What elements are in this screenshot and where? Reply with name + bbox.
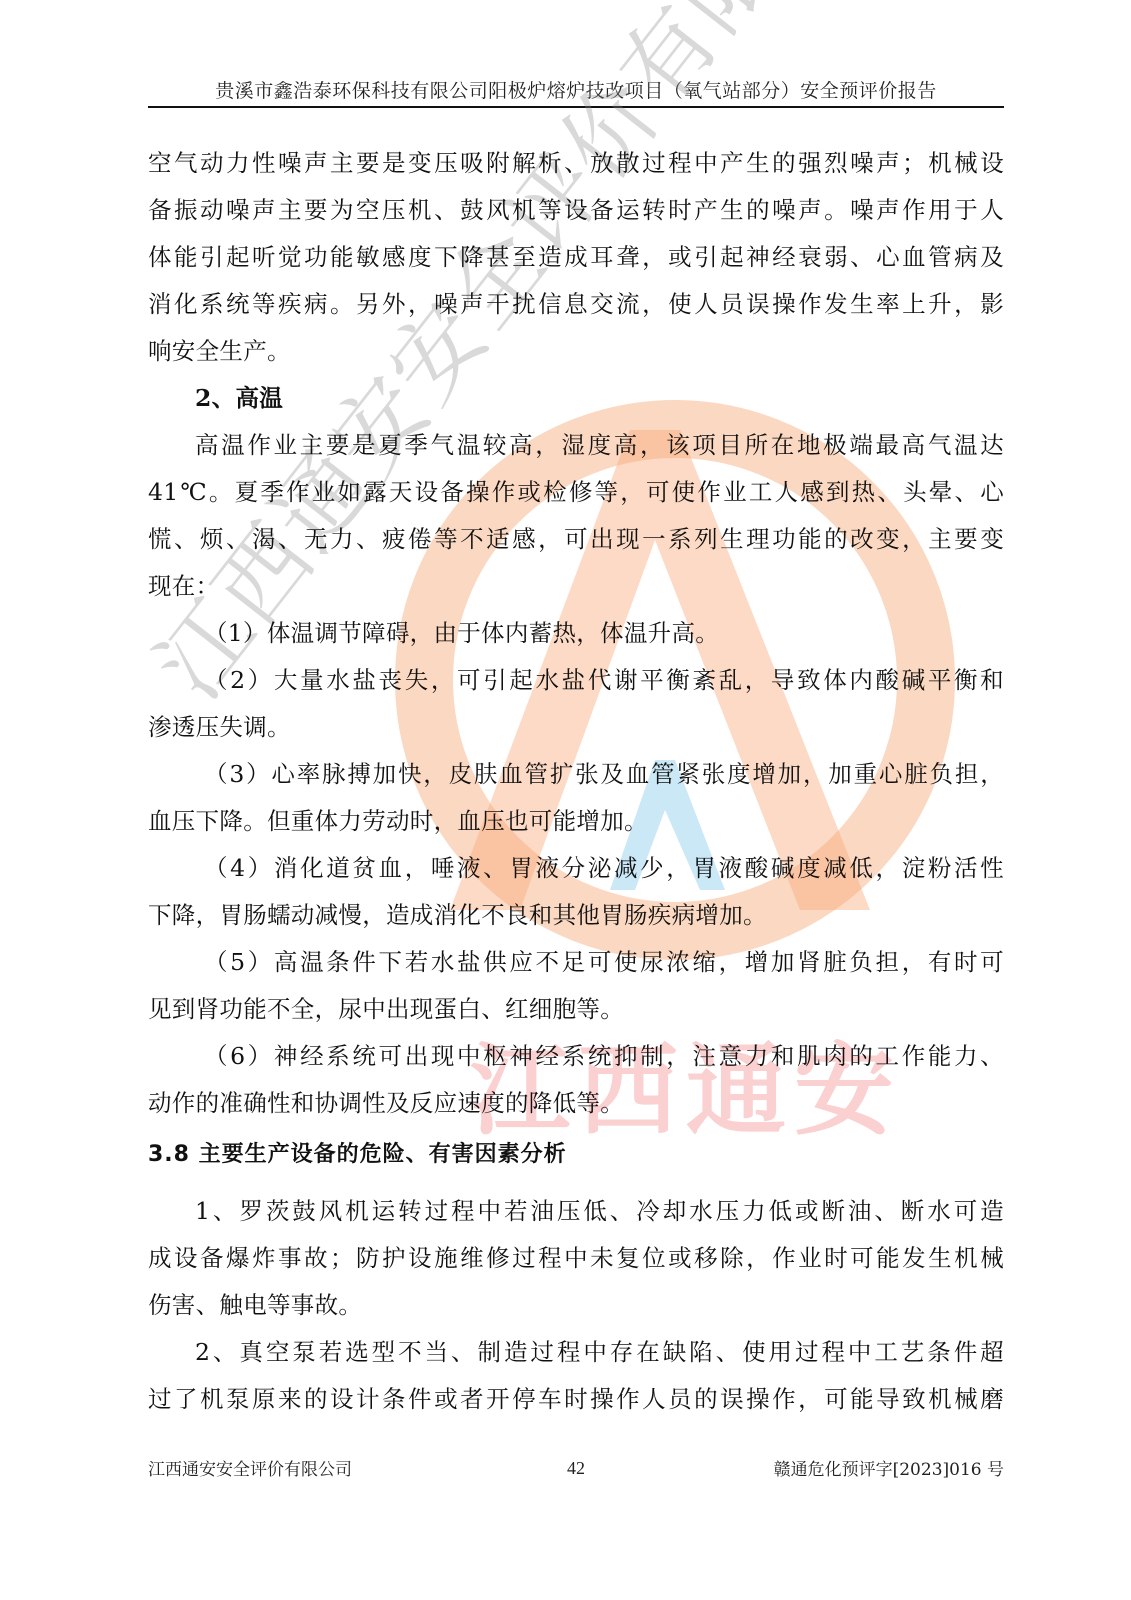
list-item-3: （3）心率脉搏加快，皮肤血管扩张及血管紧张度增加，加重心脏负担， 血压下降。但重… — [148, 751, 1004, 845]
list-item-2: （2）大量水盐丧失，可引起水盐代谢平衡紊乱，导致体内酸碱平衡和 渗透压失调。 — [148, 657, 1004, 751]
paragraph-equipment-1: 1、罗茨鼓风机运转过程中若油压低、冷却水压力低或断油、断水可造 成设备爆炸事故；… — [148, 1188, 1004, 1329]
list-item-5: （5）高温条件下若水盐供应不足可使尿浓缩，增加肾脏负担，有时可 见到肾功能不全，… — [148, 939, 1004, 1033]
text-line: 过了机泵原来的设计条件或者开停车时操作人员的误操作，可能导致机械磨 — [148, 1376, 1004, 1423]
text-line: 动作的准确性和协调性及反应速度的降低等。 — [148, 1080, 1004, 1127]
text-line: （2）大量水盐丧失，可引起水盐代谢平衡紊乱，导致体内酸碱平衡和 — [148, 657, 1004, 704]
section-heading-3-8: 3.8 主要生产设备的危险、有害因素分析 — [148, 1131, 1004, 1178]
paragraph-equipment-2: 2、真空泵若选型不当、制造过程中存在缺陷、使用过程中工艺条件超 过了机泵原来的设… — [148, 1329, 1004, 1423]
text-line: 2、真空泵若选型不当、制造过程中存在缺陷、使用过程中工艺条件超 — [148, 1329, 1004, 1376]
text-line: 现在： — [148, 563, 1004, 610]
page-footer: 江西通安安全评价有限公司 42 赣通危化预评字[2023]016 号 — [148, 1455, 1004, 1479]
text-line: 伤害、触电等事故。 — [148, 1282, 1004, 1329]
text-line: 慌、烦、渴、无力、疲倦等不适感，可出现一系列生理功能的改变，主要变 — [148, 516, 1004, 563]
text-line: 体能引起听觉功能敏感度下降甚至造成耳聋，或引起神经衰弱、心血管病及 — [148, 234, 1004, 281]
list-item-1: （1）体温调节障碍，由于体内蓄热，体温升高。 — [148, 610, 1004, 657]
running-header: 贵溪市鑫浩泰环保科技有限公司阳极炉熔炉技改项目（氧气站部分）安全预评价报告 — [148, 76, 1004, 103]
paragraph-noise: 空气动力性噪声主要是变压吸附解析、放散过程中产生的强烈噪声；机械设 备振动噪声主… — [148, 140, 1004, 375]
text-line: （5）高温条件下若水盐供应不足可使尿浓缩，增加肾脏负担，有时可 — [148, 939, 1004, 986]
text-line: 渗透压失调。 — [148, 704, 1004, 751]
text-line: 空气动力性噪声主要是变压吸附解析、放散过程中产生的强烈噪声；机械设 — [148, 140, 1004, 187]
footer-document-number: 赣通危化预评字[2023]016 号 — [774, 1455, 1004, 1480]
list-item-6: （6）神经系统可出现中枢神经系统抑制，注意力和肌肉的工作能力、 动作的准确性和协… — [148, 1033, 1004, 1127]
text-line: 消化系统等疾病。另外，噪声干扰信息交流，使人员误操作发生率上升，影 — [148, 281, 1004, 328]
header-divider — [148, 106, 1004, 108]
list-item-4: （4）消化道贫血，唾液、胃液分泌减少，胃液酸碱度减低，淀粉活性 下降，胃肠蠕动减… — [148, 845, 1004, 939]
text-line: 响安全生产。 — [148, 328, 1004, 375]
document-page: 江西通安 江西通安安全评价有限公司 贵溪市鑫浩泰环保科技有限公司阳极炉熔炉技改项… — [0, 0, 1131, 1600]
text-line: （4）消化道贫血，唾液、胃液分泌减少，胃液酸碱度减低，淀粉活性 — [148, 845, 1004, 892]
text-line: （3）心率脉搏加快，皮肤血管扩张及血管紧张度增加，加重心脏负担， — [148, 751, 1004, 798]
text-line: 下降，胃肠蠕动减慢，造成消化不良和其他胃肠疾病增加。 — [148, 892, 1004, 939]
text-line: 1、罗茨鼓风机运转过程中若油压低、冷却水压力低或断油、断水可造 — [148, 1188, 1004, 1235]
text-line: 血压下降。但重体力劳动时，血压也可能增加。 — [148, 798, 1004, 845]
text-line: （1）体温调节障碍，由于体内蓄热，体温升高。 — [148, 610, 1004, 657]
text-line: 见到肾功能不全，尿中出现蛋白、红细胞等。 — [148, 986, 1004, 1033]
subheading-high-temperature: 2、高温 — [148, 375, 1004, 422]
text-line: 高温作业主要是夏季气温较高，湿度高，该项目所在地极端最高气温达 — [148, 422, 1004, 469]
text-line: （6）神经系统可出现中枢神经系统抑制，注意力和肌肉的工作能力、 — [148, 1033, 1004, 1080]
text-line: 备振动噪声主要为空压机、鼓风机等设备运转时产生的噪声。噪声作用于人 — [148, 187, 1004, 234]
paragraph-high-temperature: 高温作业主要是夏季气温较高，湿度高，该项目所在地极端最高气温达 41℃。夏季作业… — [148, 422, 1004, 610]
document-body: 空气动力性噪声主要是变压吸附解析、放散过程中产生的强烈噪声；机械设 备振动噪声主… — [148, 140, 1004, 1423]
text-line: 成设备爆炸事故；防护设施维修过程中未复位或移除，作业时可能发生机械 — [148, 1235, 1004, 1282]
text-line: 41℃。夏季作业如露天设备操作或检修等，可使作业工人感到热、头晕、心 — [148, 469, 1004, 516]
